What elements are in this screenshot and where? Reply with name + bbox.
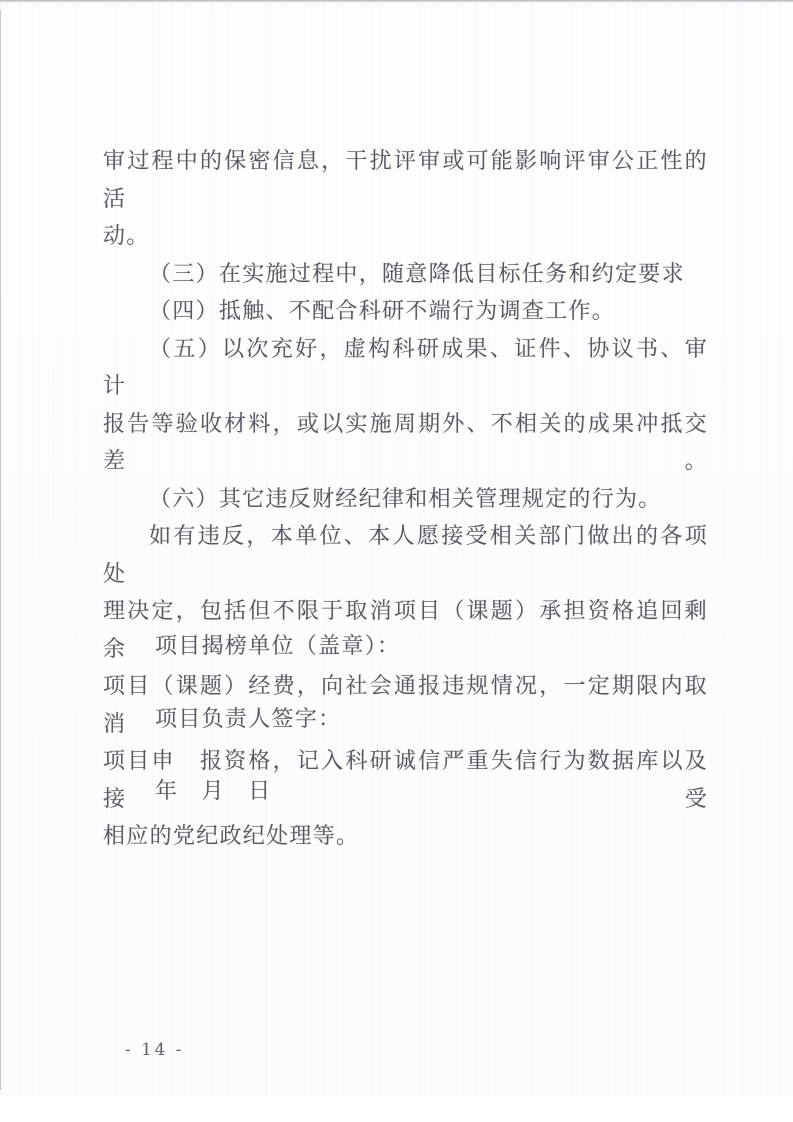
body-text-line: （四）抵触、不配合科研不端行为调查工作。 (103, 293, 708, 331)
body-text-line: （五）以次充好，虚构科研成果、证件、协议书、审计 (103, 331, 708, 406)
body-text-line: 审过程中的保密信息，干扰评审或可能影响评审公正性的活 (103, 143, 708, 218)
body-text-block: 审过程中的保密信息，干扰评审或可能影响评审公正性的活 动。 （三）在实施过程中，… (103, 143, 708, 856)
page-number: - 14 - (125, 1040, 184, 1060)
scan-edge-left-line (0, 10, 1, 1090)
body-text-line: 相应的党纪政纪处理等。 (103, 818, 708, 856)
body-text-line: （六）其它违反财经纪律和相关管理规定的行为。 (103, 481, 708, 519)
body-text-line: 如有违反，本单位、本人愿接受相关部门做出的各项处 (103, 518, 708, 593)
body-text-line: （三）在实施过程中，随意降低目标任务和约定要求 (103, 256, 708, 294)
body-text-line: 报告等验收材料，或以实施周期外、不相关的成果冲抵交差。 (103, 406, 708, 481)
document-page: 审过程中的保密信息，干扰评审或可能影响评审公正性的活 动。 （三）在实施过程中，… (0, 0, 793, 1122)
body-text-line: 动。 (103, 218, 708, 256)
scan-edge-top-line (0, 0, 793, 2)
unit-seal-signature-line: 项目揭榜单位（盖章）： (155, 628, 400, 666)
date-signature-line: 年 月 日 (155, 773, 272, 811)
leader-signature-line: 项目负责人签字： (155, 701, 341, 739)
scan-bottom-strip (0, 1096, 793, 1122)
